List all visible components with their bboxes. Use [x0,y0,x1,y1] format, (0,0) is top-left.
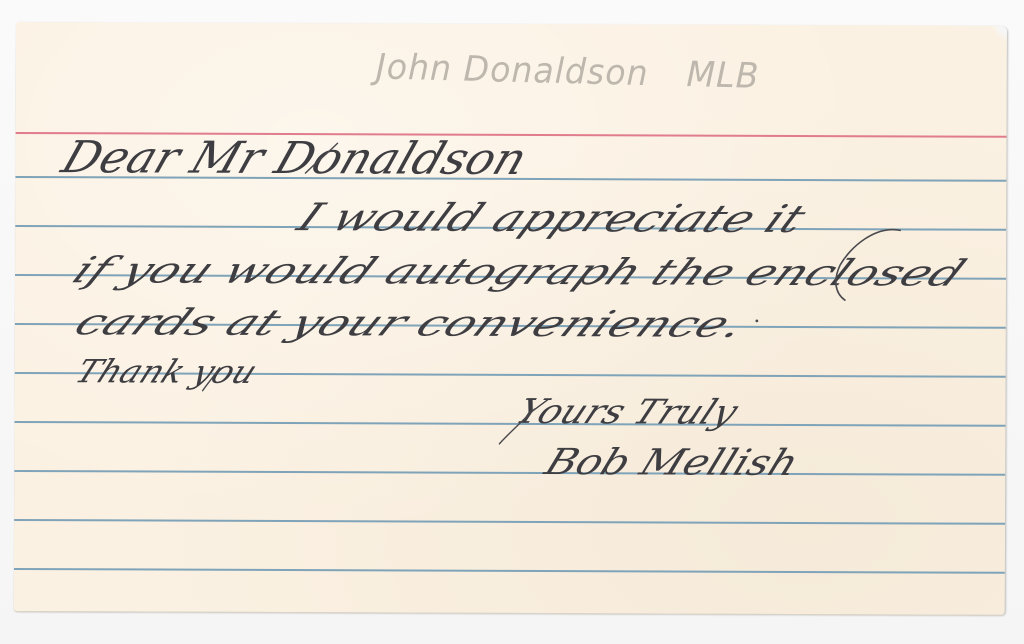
index-card: John DonaldsonMLB Dear Mr Donaldson I wo… [14,22,1007,615]
card-corner-wear [991,24,1007,42]
period-dot [755,319,758,322]
rule-line-7 [14,470,1005,475]
rule-line-6 [14,421,1005,426]
letter-line-3: cards at your convenience. [67,302,753,345]
letter-signature: Bob Mellish [539,442,804,484]
letter-salutation: Dear Mr Donaldson [55,132,533,185]
rule-line-8 [14,519,1005,524]
page-background: John DonaldsonMLB Dear Mr Donaldson I wo… [0,0,1024,644]
letter-line-2: if you would autograph the enclosed [65,250,973,294]
letter-line-4: Thank you [70,352,264,391]
letter-closing: Yours Truly [509,392,744,433]
letter-line-1: I would appreciate it [290,195,813,241]
rule-line-9 [14,568,1005,573]
pencil-annotation: John DonaldsonMLB [375,47,759,96]
pencil-annotation-name: John Donaldson [375,47,649,94]
pencil-annotation-tag: MLB [686,55,760,97]
